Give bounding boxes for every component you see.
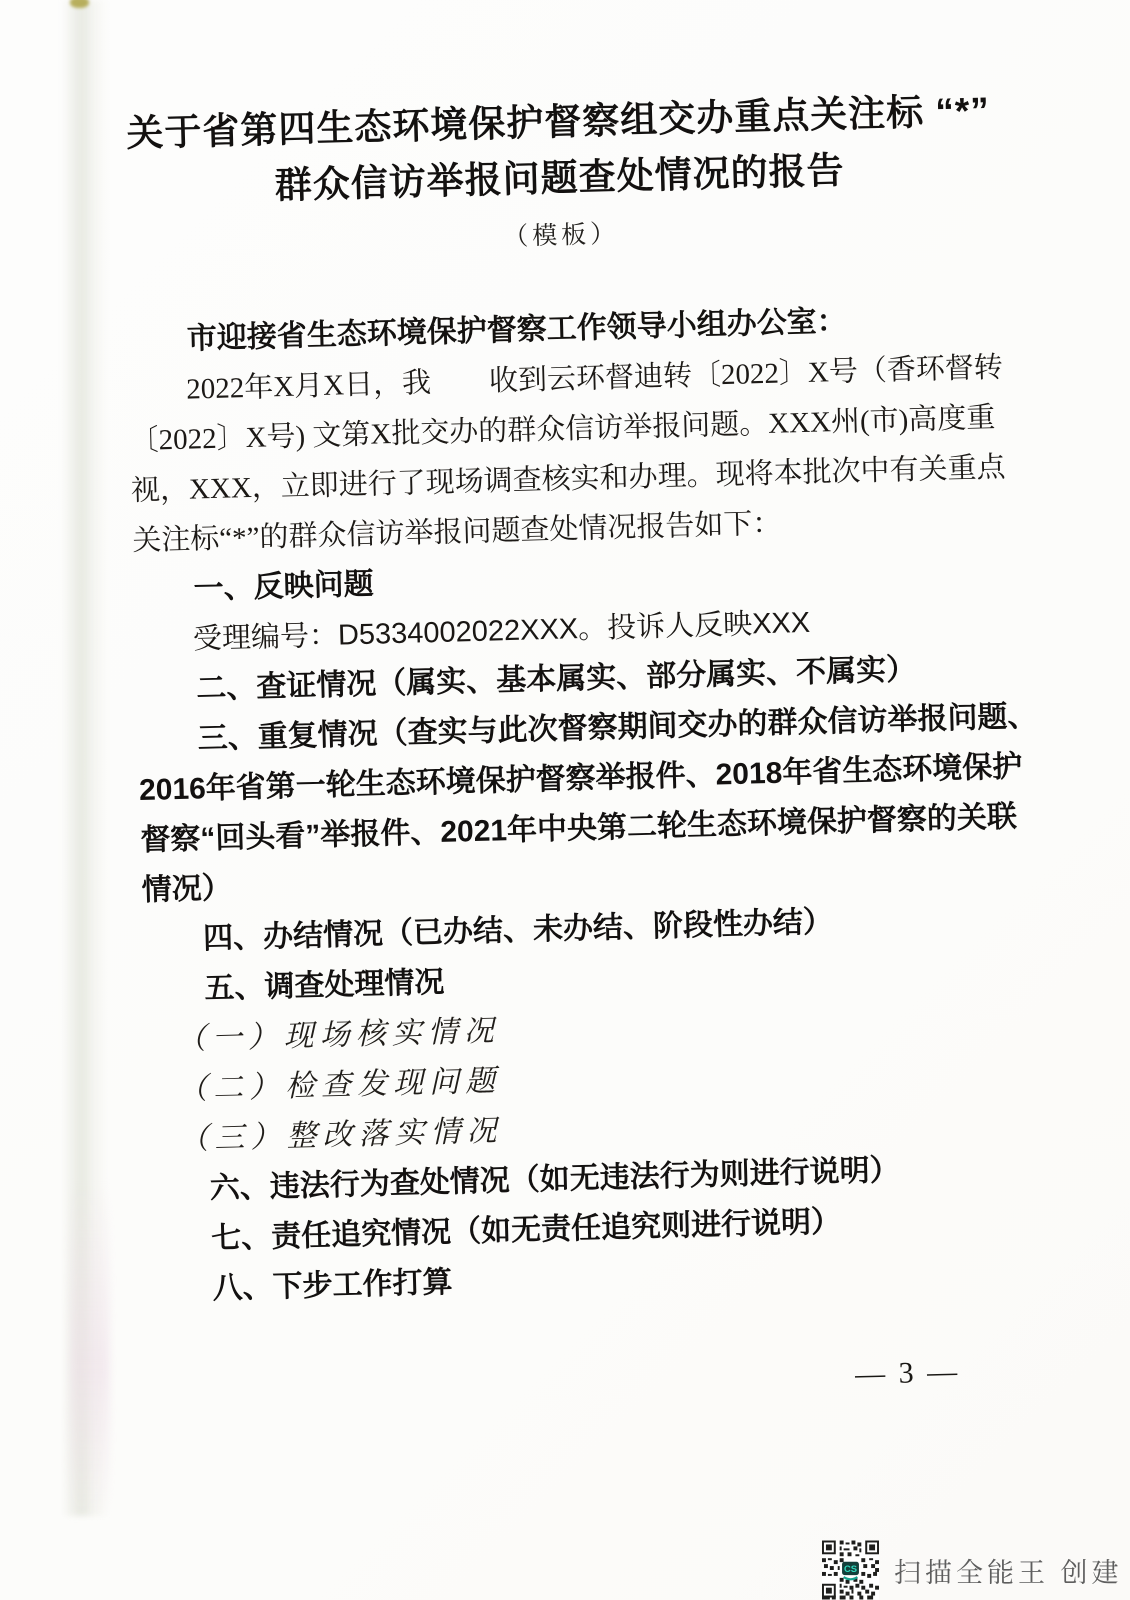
camscanner-logo-letters: CS [844, 1563, 857, 1574]
document-body: 市迎接省生态环境保护督察工作领导小组办公室： 2022年X月X日，我 收到云环督… [74, 291, 1081, 1415]
document-sections: 一、反映问题受理编号：D5334002022XXX。投诉人反映XXX二、查证情况… [133, 542, 1053, 1316]
page-number: — 3 — [155, 1350, 1056, 1414]
document-content: 关于省第四生态环境保护督察组交办重点关注标 “*” 群众信访举报问题查处情况的报… [58, 59, 1094, 1416]
camscanner-watermark: CS 扫描全能王 创建 [822, 1540, 1123, 1600]
opening-paragraph: 2022年X月X日，我 收到云环督迪转〔2022〕X号（香环督转〔2022〕X号… [128, 342, 1033, 566]
qr-code-icon: CS [822, 1540, 879, 1600]
section-line-4: 三、重复情况（查实与此次督察期间交办的群众信访举报问题、2016年省第一轮生态环… [137, 692, 1042, 916]
document-title-line1: 关于省第四生态环境保护督察组交办重点关注标 “*” [126, 90, 990, 154]
document-title-line2: 群众信访举报问题查处情况的报告 [274, 150, 845, 206]
document-title: 关于省第四生态环境保护督察组交办重点关注标 “*” 群众信访举报问题查处情况的报… [69, 81, 1050, 219]
watermark-label: 扫描全能王 创建 [894, 1551, 1123, 1590]
scanned-page: 关于省第四生态环境保护督察组交办重点关注标 “*” 群众信访举报问题查处情况的报… [0, 0, 1130, 1600]
